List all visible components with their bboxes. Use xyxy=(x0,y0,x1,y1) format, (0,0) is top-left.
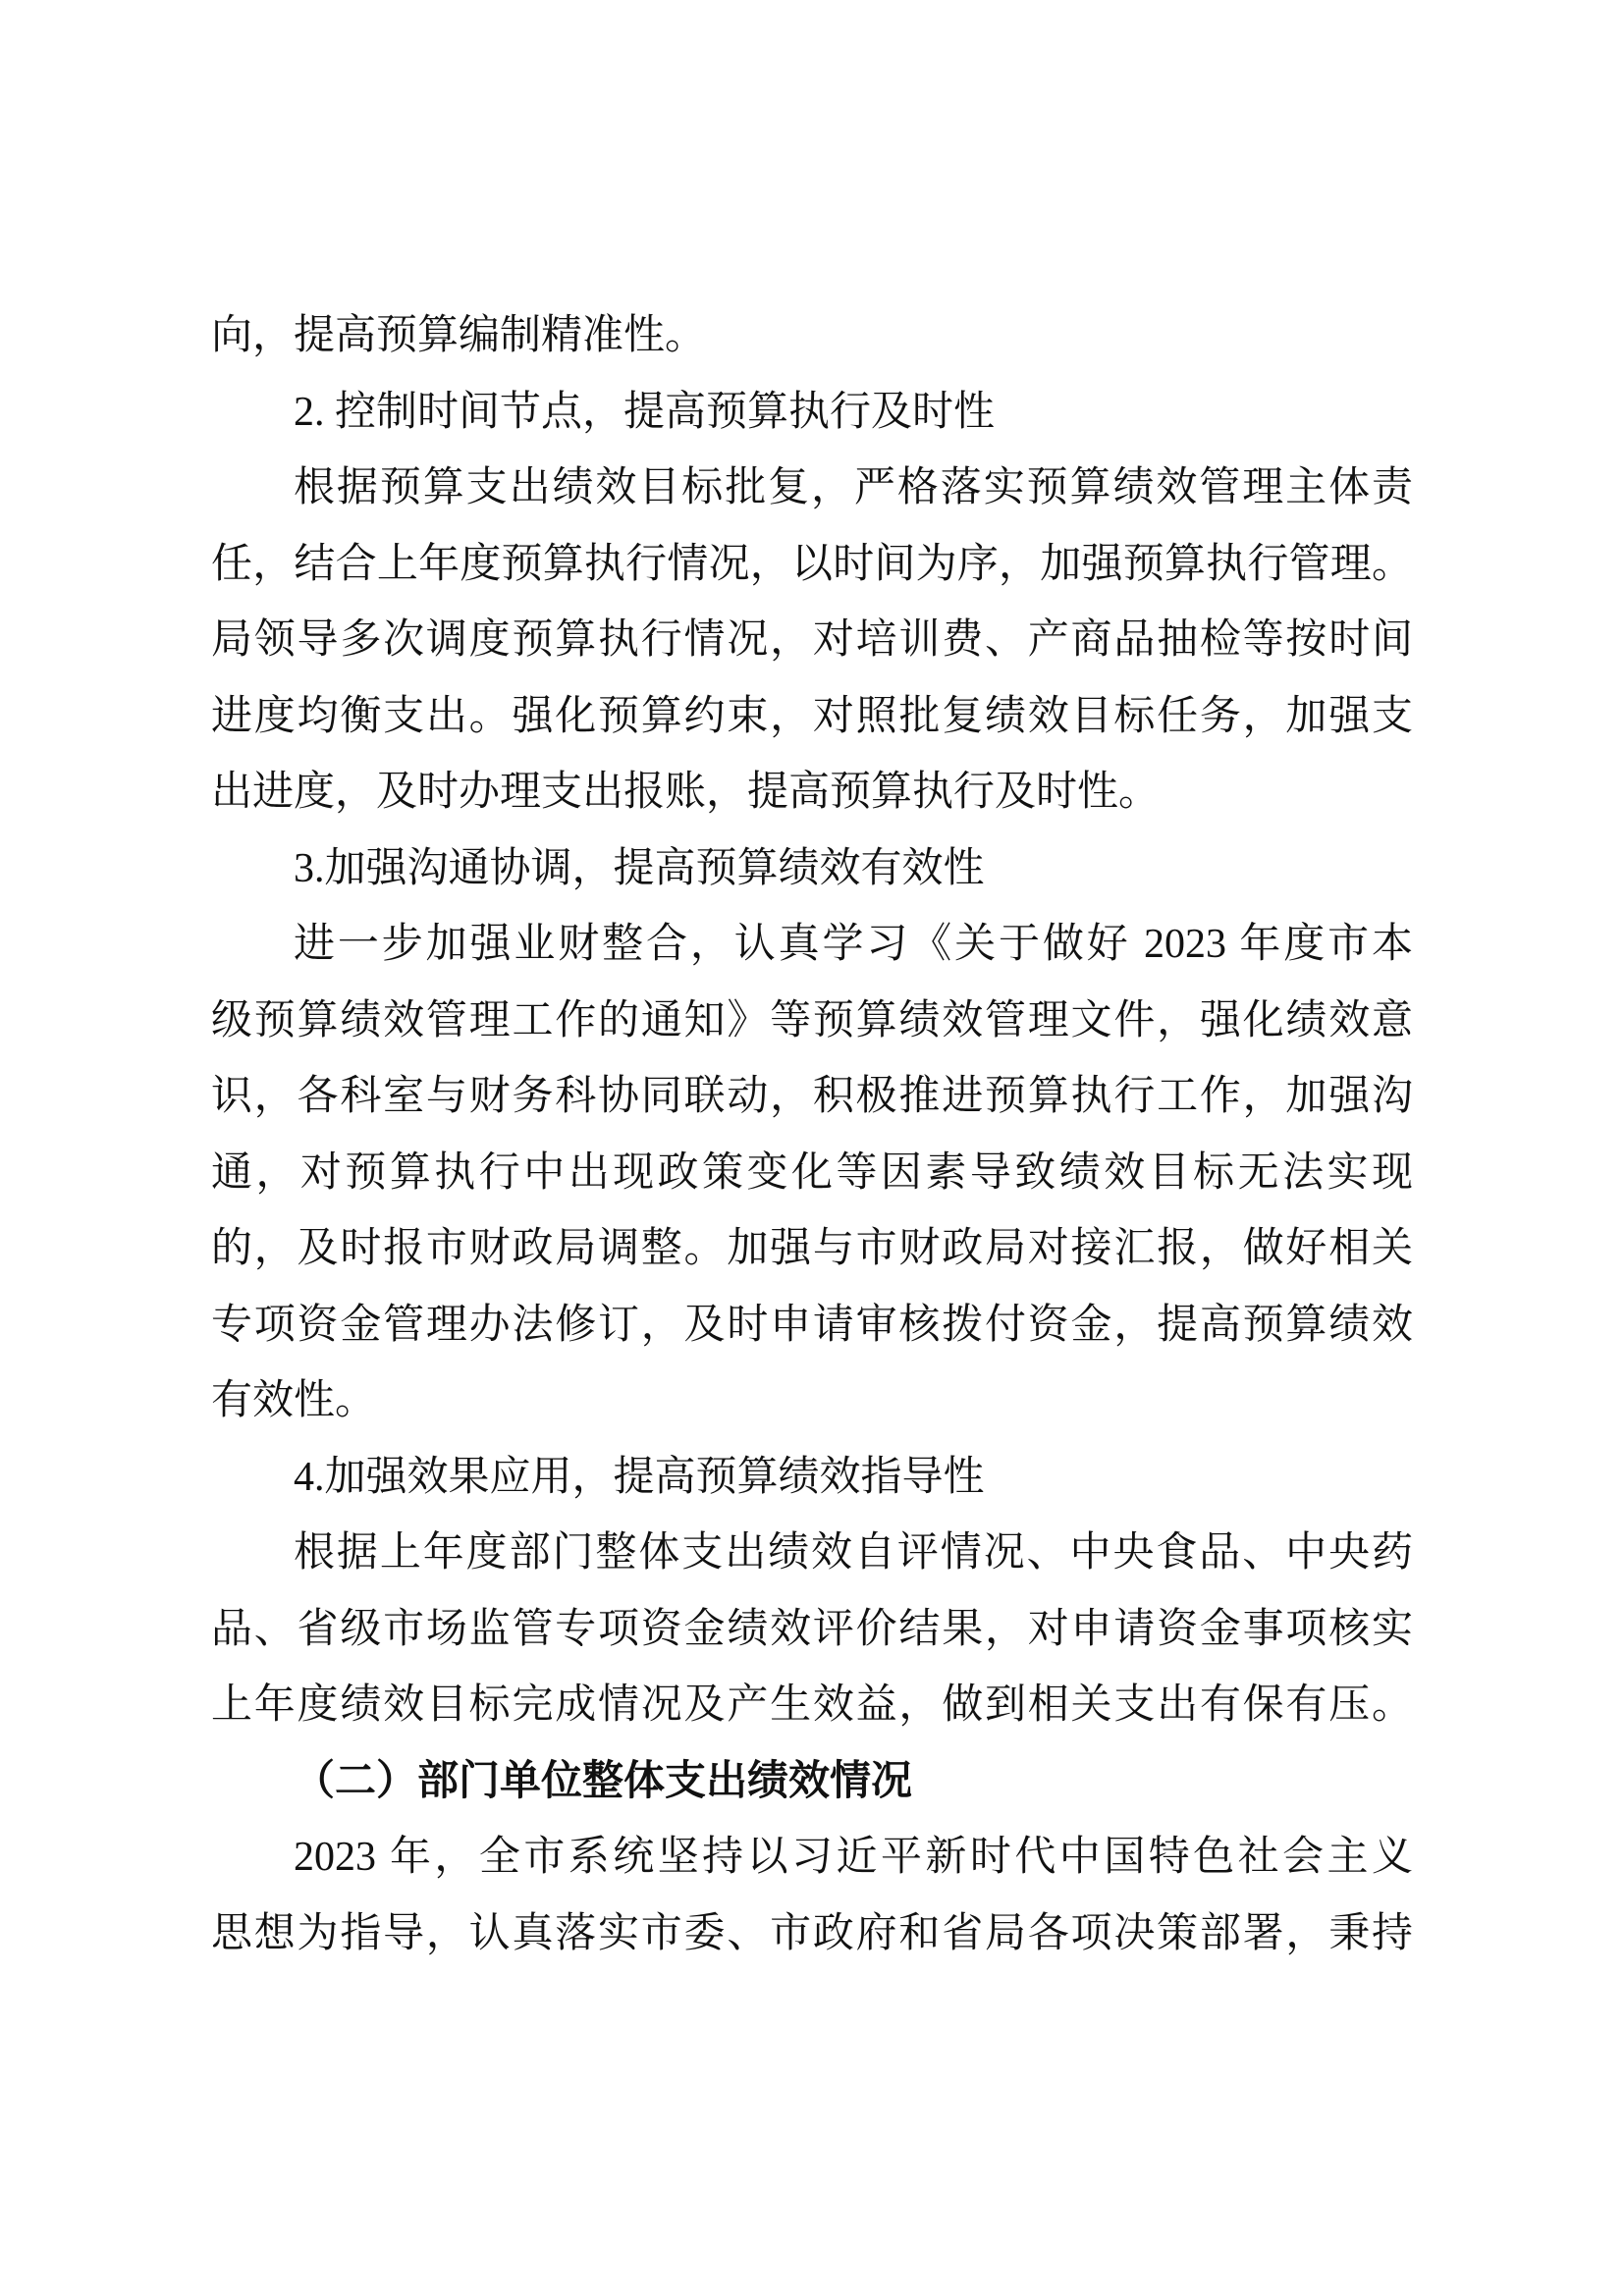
body-line: 级预算绩效管理工作的通知》等预算绩效管理文件，强化绩效意 xyxy=(211,984,1413,1060)
subheading-2: 2. 控制时间节点，提高预算执行及时性 xyxy=(211,375,1413,452)
subheading-3: 3.加强沟通协调，提高预算绩效有效性 xyxy=(211,831,1413,908)
body-line: 任，结合上年度预算执行情况，以时间为序，加强预算执行管理。 xyxy=(211,527,1413,604)
body-line: 进度均衡支出。强化预算约束，对照批复绩效目标任务，加强支 xyxy=(211,679,1413,756)
body-line: 通，对预算执行中出现政策变化等因素导致绩效目标无法实现 xyxy=(211,1136,1413,1212)
body-line: 根据上年度部门整体支出绩效自评情况、中央食品、中央药 xyxy=(211,1516,1413,1592)
body-line: 有效性。 xyxy=(211,1363,1413,1440)
section-heading-two: （二）部门单位整体支出绩效情况 xyxy=(211,1744,1413,1821)
body-line: 进一步加强业财整合，认真学习《关于做好 2023 年度市本 xyxy=(211,907,1413,984)
body-line: 局领导多次调度预算执行情况，对培训费、产商品抽检等按时间 xyxy=(211,603,1413,679)
body-line: 思想为指导，认真落实市委、市政府和省局各项决策部署，秉持 xyxy=(211,1896,1413,1973)
body-line: 品、省级市场监管专项资金绩效评价结果，对申请资金事项核实 xyxy=(211,1592,1413,1669)
body-line: 的，及时报市财政局调整。加强与市财政局对接汇报，做好相关 xyxy=(211,1211,1413,1288)
document-page: 向，提高预算编制精准性。 2. 控制时间节点，提高预算执行及时性 根据预算支出绩… xyxy=(0,0,1624,2296)
body-line: 专项资金管理办法修订，及时申请审核拨付资金，提高预算绩效 xyxy=(211,1288,1413,1364)
body-line: 上年度绩效目标完成情况及产生效益，做到相关支出有保有压。 xyxy=(211,1668,1413,1744)
body-line: 识，各科室与财务科协同联动，积极推进预算执行工作，加强沟 xyxy=(211,1059,1413,1136)
body-line: 向，提高预算编制精准性。 xyxy=(211,298,1413,375)
body-line: 出进度，及时办理支出报账，提高预算执行及时性。 xyxy=(211,755,1413,831)
subheading-4: 4.加强效果应用，提高预算绩效指导性 xyxy=(211,1440,1413,1517)
body-line: 2023 年，全市系统坚持以习近平新时代中国特色社会主义 xyxy=(211,1820,1413,1896)
body-line: 根据预算支出绩效目标批复，严格落实预算绩效管理主体责 xyxy=(211,451,1413,527)
